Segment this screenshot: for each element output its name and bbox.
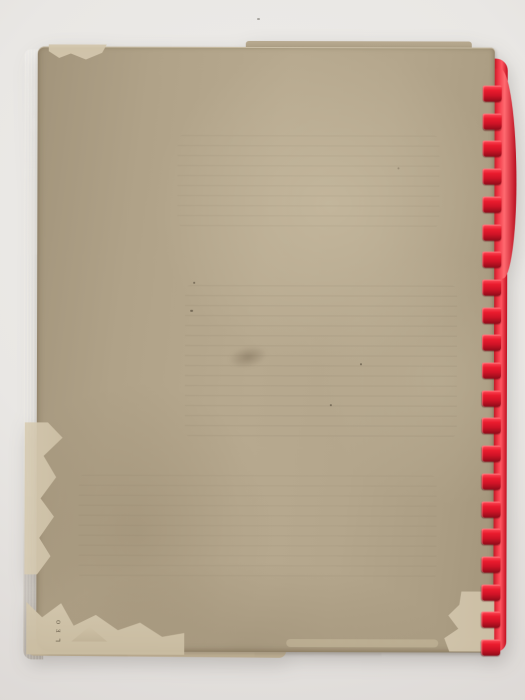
binding-tooth <box>482 335 501 351</box>
binding-tooth <box>482 196 501 212</box>
binding-tooth <box>481 584 500 600</box>
binding-tooth <box>482 501 501 517</box>
dust-speck <box>257 18 260 20</box>
binding-tooth <box>482 307 501 323</box>
binding-tooth <box>482 224 501 240</box>
binding-tooth <box>483 113 502 129</box>
binding-tooth <box>482 418 501 434</box>
photograph: ʟᴇᴏ <box>0 0 525 700</box>
binding-tooth <box>482 390 501 406</box>
binding-tooth <box>482 363 501 379</box>
binding-tooth <box>483 141 502 157</box>
manuscript: ʟᴇᴏ <box>23 40 511 664</box>
binding-tooth <box>483 86 502 102</box>
comb-binding-teeth <box>23 40 511 664</box>
binding-tooth <box>482 279 501 295</box>
binding-tooth <box>482 252 501 268</box>
binding-tooth <box>482 473 501 489</box>
binding-tooth <box>481 640 500 656</box>
binding-tooth <box>482 169 501 185</box>
binding-tooth <box>481 612 500 628</box>
binding-tooth <box>481 529 500 545</box>
binding-tooth <box>481 556 500 572</box>
binding-tooth <box>482 446 501 462</box>
